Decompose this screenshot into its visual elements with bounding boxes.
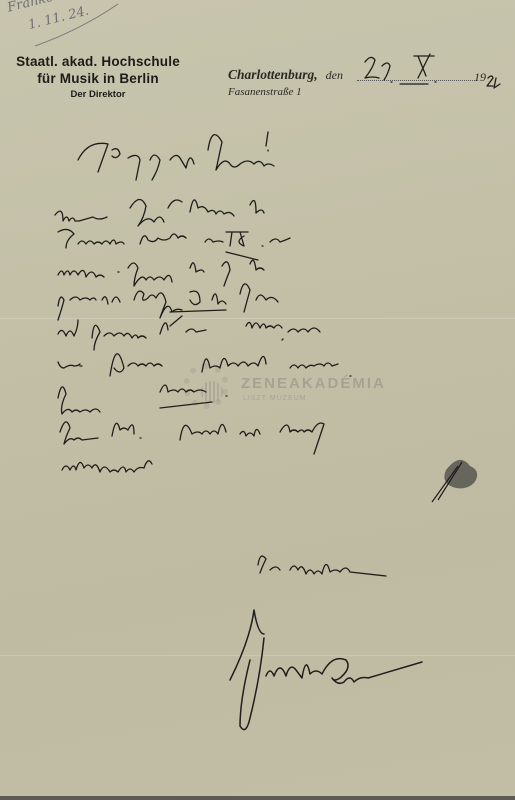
date-day-stroke: [365, 57, 379, 78]
scan-bottom-edge: [0, 796, 515, 800]
letter-page: Franko 1. 1. 11. 24. Staatl. akad. Hochs…: [0, 0, 515, 796]
handwritten-strokes: [0, 0, 515, 796]
date-year-stroke: [487, 76, 500, 88]
